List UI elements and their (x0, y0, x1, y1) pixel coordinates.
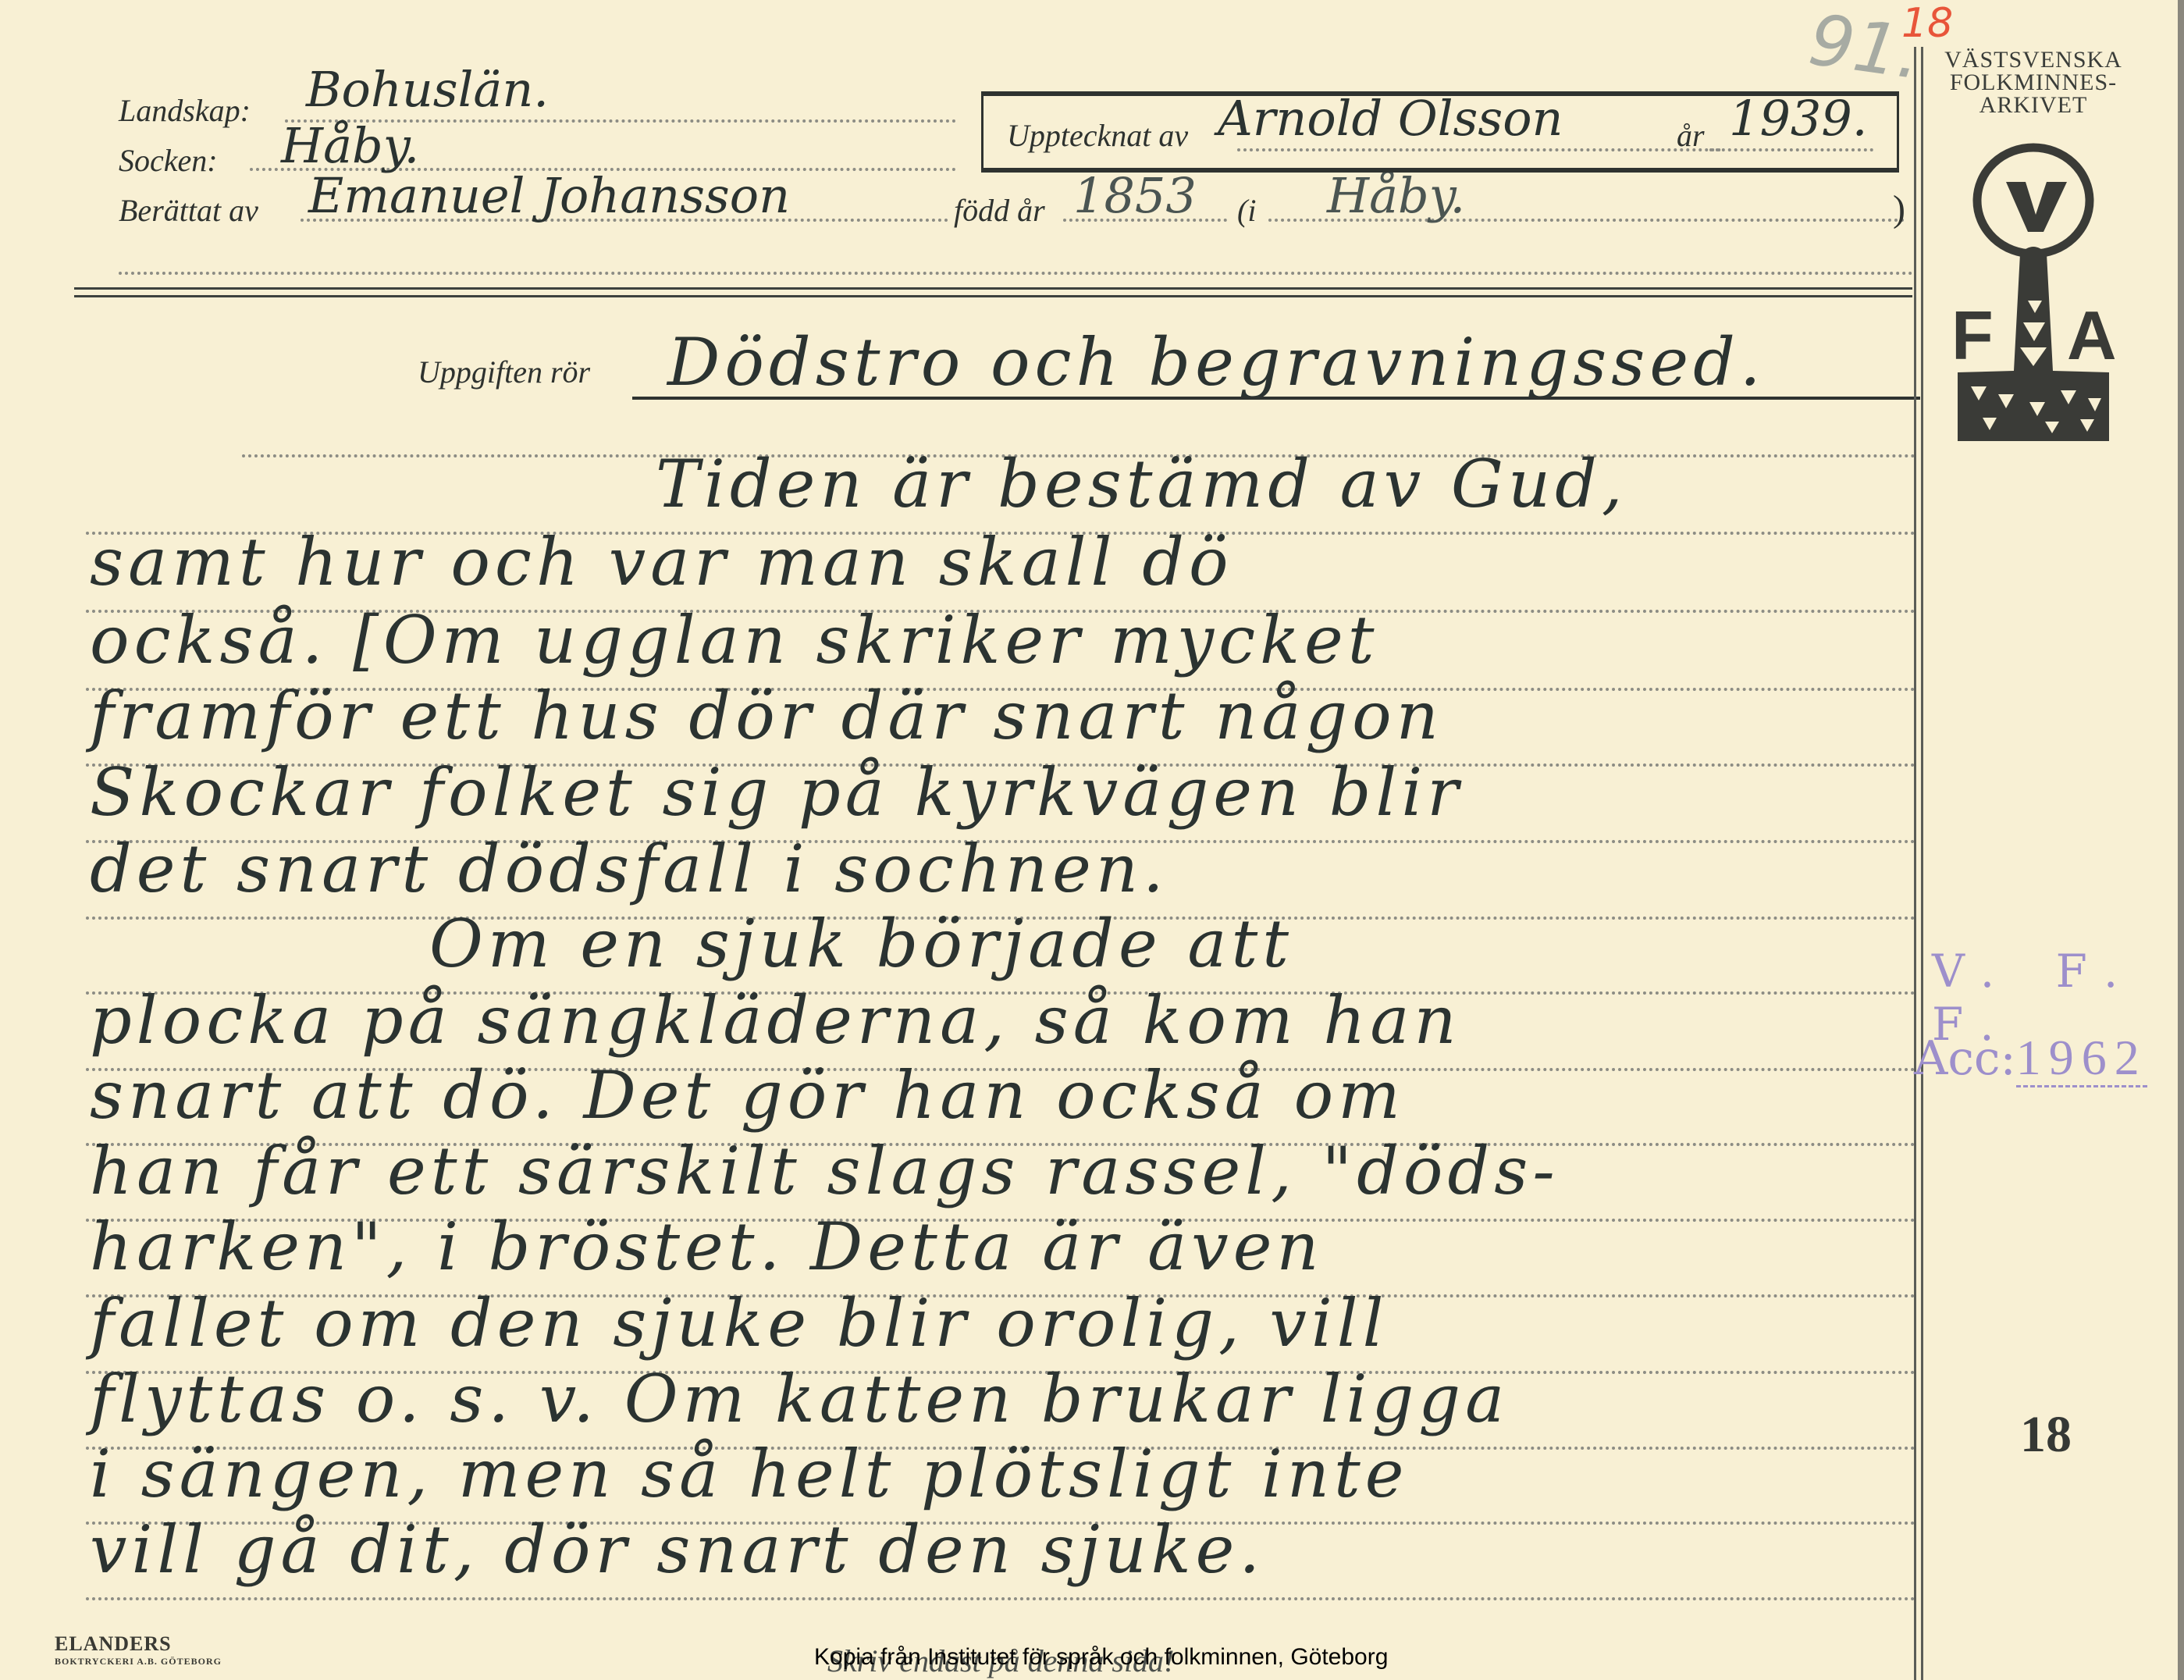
vfa-hammer-logo-icon: F A (1928, 137, 2139, 449)
archive-name: VÄSTSVENSKA FOLKMINNES- ARKIVET (1928, 48, 2139, 116)
berattat-label: Berättat av (119, 192, 258, 229)
header-divider-bottom (74, 295, 1912, 297)
page-edge (2178, 0, 2184, 1680)
landskap-label: Landskap: (119, 92, 251, 129)
upptecknat-value: Arnold Olsson (1218, 90, 1563, 147)
accession-number: 1962 (2016, 1030, 2147, 1087)
landskap-value: Bohuslän. (306, 61, 549, 118)
socken-label: Socken: (119, 142, 218, 179)
ar-value: 1939. (1729, 90, 1868, 147)
uppgiften-underline (632, 397, 1920, 400)
body-line: vill gå dit, dör snart den sjuke. (86, 1483, 1916, 1600)
ar-label: år (1677, 117, 1705, 154)
header-divider-top (74, 287, 1912, 290)
red-page-number: 18 (1901, 0, 1953, 47)
uppgiften-label: Uppgiften rör (418, 354, 590, 390)
margin-rule-inner (1914, 47, 1916, 1680)
archive-name-line3: ARKIVET (1928, 94, 2139, 116)
svg-text:A: A (2067, 297, 2117, 374)
berattat-value: Emanuel Johansson (308, 167, 790, 224)
upptecknat-line (1237, 148, 1721, 151)
socken-value: Håby. (281, 117, 419, 174)
uppgiften-value: Dödstro och begravningssed. (667, 324, 1766, 400)
printed-page-number: 18 (2020, 1405, 2072, 1465)
fodd-i-value: Håby. (1327, 167, 1465, 224)
accession-label: Acc: (1914, 1031, 2016, 1086)
printer-sub: BOKTRYCKERI A.B. GÖTEBORG (55, 1656, 222, 1668)
archive-name-line2: FOLKMINNES- (1928, 71, 2139, 94)
fodd-value: 1853 (1073, 167, 1197, 224)
ar-line (1709, 148, 1873, 151)
fodd-i-open: (i (1237, 192, 1256, 229)
printer-name: ELANDERS (55, 1632, 172, 1655)
archive-name-line1: VÄSTSVENSKA (1928, 48, 2139, 71)
fodd-i-close: ) (1893, 187, 1905, 230)
body-line-text: vill gå dit, dör snart den sjuke. (90, 1511, 1265, 1588)
header-blank-line (119, 272, 1914, 275)
copy-attribution: Kopia från Institutet för språk och folk… (814, 1644, 1388, 1671)
accession-stamp: Acc:1962 (1914, 1029, 2147, 1087)
fodd-label: född år (954, 192, 1045, 229)
printer-mark: ELANDERS BOKTRYCKERI A.B. GÖTEBORG (55, 1632, 222, 1668)
upptecknat-label: Upptecknat av (1007, 117, 1188, 154)
margin-rule-outer (1921, 47, 1923, 1680)
svg-text:F: F (1951, 297, 1994, 374)
ruled-line (86, 1597, 1916, 1600)
